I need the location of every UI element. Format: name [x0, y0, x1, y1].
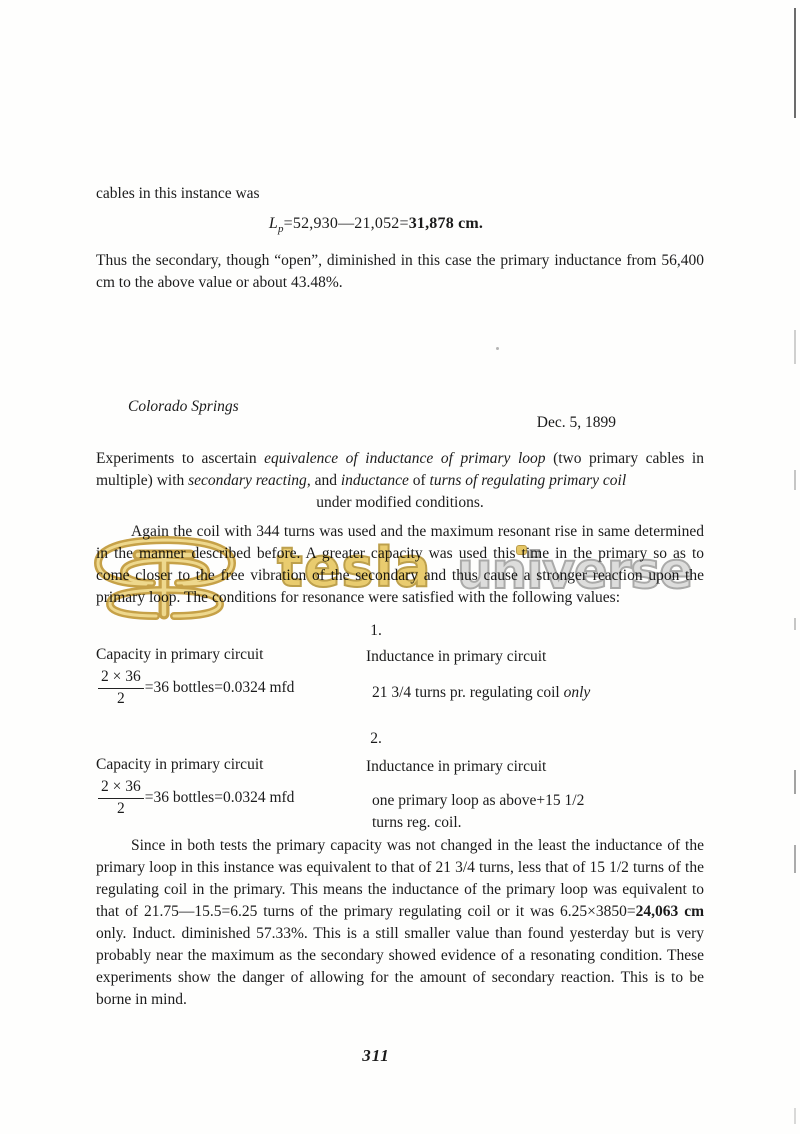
test-1-inductance-header: Inductance in primary circuit: [366, 646, 696, 668]
heading-seg-4: , and: [307, 472, 341, 489]
scan-artifact: [794, 770, 796, 794]
fraction-denominator: 2: [98, 799, 144, 818]
page-number: 311: [96, 1046, 656, 1066]
test-1-capacity-header: Capacity in primary circuit: [96, 646, 396, 664]
formula-variable: L: [269, 215, 278, 232]
scan-artifact: [794, 470, 796, 490]
capacity-result: =36 bottles=0.0324 mfd: [145, 679, 295, 697]
entry-heading: Experiments to ascertain equivalence of …: [96, 448, 704, 492]
heading-seg-0: Experiments to ascertain: [96, 450, 264, 467]
inductance-text-line2: turns reg. coil.: [372, 812, 702, 834]
scan-artifact: [794, 845, 796, 873]
test-1-number: 1.: [96, 622, 656, 640]
entry-heading-block: Experiments to ascertain equivalence of …: [96, 448, 704, 514]
scan-artifact: [794, 618, 796, 630]
entry-paragraph-1: Again the coil with 344 turns was used a…: [96, 521, 704, 609]
scan-artifact: [794, 8, 796, 118]
inductance-text-italic: only: [564, 684, 591, 701]
entry-paragraph-2: Since in both tests the primary capacity…: [96, 835, 704, 1011]
heading-seg-1: equivalence of inductance of primary loo…: [264, 450, 545, 467]
inductance-formula: Lp=52,930—21,052=31,878 cm.: [96, 215, 656, 235]
test-1-capacity-value: 2 × 36 2 =36 bottles=0.0324 mfd: [98, 668, 294, 708]
entry-date: Dec. 5, 1899: [96, 414, 616, 432]
ink-speck: [496, 347, 499, 350]
test-2-number: 2.: [96, 730, 656, 748]
document-page: { "doc": { "prelude": { "line1": "cables…: [0, 0, 800, 1134]
test-2-inductance-value: one primary loop as above+15 1/2 turns r…: [372, 790, 702, 834]
heading-seg-5: inductance: [341, 472, 409, 489]
scan-artifact: [794, 1108, 796, 1124]
capacity-fraction: 2 × 36 2: [98, 668, 144, 708]
test-2-capacity-header: Capacity in primary circuit: [96, 756, 396, 774]
fraction-denominator: 2: [98, 689, 144, 708]
formula-result: 31,878 cm.: [409, 215, 483, 232]
entry-heading-tail: under modified conditions.: [96, 492, 704, 514]
prelude-paragraph: Thus the secondary, though “open”, dimin…: [96, 250, 704, 294]
capacity-result: =36 bottles=0.0324 mfd: [145, 789, 295, 807]
scan-artifact: [794, 330, 796, 364]
inductance-text: 21 3/4 turns pr. regulating coil: [372, 684, 564, 701]
test-1-inductance-value: 21 3/4 turns pr. regulating coil only: [372, 682, 702, 704]
prelude-line: cables in this instance was: [96, 183, 704, 205]
test-2-capacity-value: 2 × 36 2 =36 bottles=0.0324 mfd: [98, 778, 294, 818]
fraction-numerator: 2 × 36: [98, 668, 144, 689]
paragraph-2-bold: 24,063 cm: [636, 903, 704, 920]
capacity-fraction: 2 × 36 2: [98, 778, 144, 818]
heading-seg-7: turns of regulating primary coil: [430, 472, 627, 489]
inductance-text: one primary loop as above+15 1/2: [372, 790, 702, 812]
heading-seg-3: secondary reacting: [188, 472, 307, 489]
heading-seg-6: of: [409, 472, 430, 489]
paragraph-2-pre: Since in both tests the primary capacity…: [96, 837, 704, 920]
test-2-inductance-header: Inductance in primary circuit: [366, 756, 696, 778]
formula-body: =52,930—21,052=: [284, 215, 409, 232]
paragraph-2-post: only. Induct. diminished 57.33%. This is…: [96, 925, 704, 1008]
fraction-numerator: 2 × 36: [98, 778, 144, 799]
